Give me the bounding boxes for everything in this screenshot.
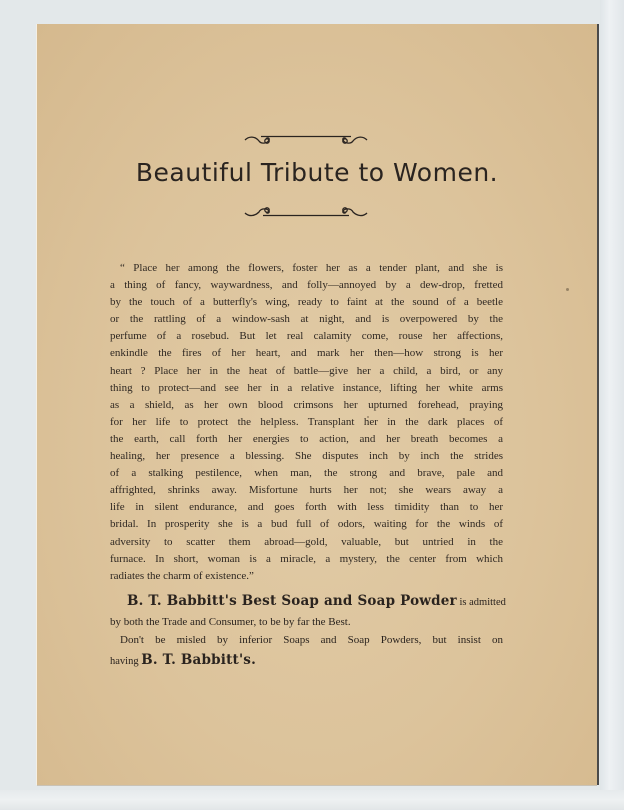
- quote-line: perfume of a rosebud. But let real calam…: [110, 328, 503, 345]
- ad-closing-prefix: having: [110, 656, 141, 667]
- title-text: Beautiful Tribute to Women.: [136, 158, 498, 187]
- plastic-sleeve-edge-bottom: [0, 790, 624, 810]
- flourish-ornament-bottom-icon: [241, 204, 371, 218]
- quote-line: “ Place her among the flowers, foster he…: [110, 260, 503, 277]
- quote-line: of a stalking pestilence, when man, the …: [110, 465, 503, 482]
- trade-card: Beautiful Tribute to Women. “ Place her …: [37, 24, 597, 785]
- ad-headline: B. T. Babbitt's Best Soap and Soap Powde…: [110, 590, 503, 614]
- flourish-ornament-top-icon: [241, 134, 371, 148]
- quote-line: for her life to protect the helpless. Tr…: [110, 414, 503, 431]
- quote-line: bridal. In prosperity she is a bud full …: [110, 516, 503, 533]
- plastic-sleeve-edge-right: [600, 0, 624, 810]
- quote-line: by the touch of a butterfly's wing, read…: [110, 294, 503, 311]
- quote-line: heart ? Place her in the heat of battle—…: [110, 363, 503, 380]
- ad-line: Don't be misled by inferior Soaps and So…: [110, 631, 503, 650]
- quote-line: as a shield, as her own blood crimsons h…: [110, 397, 503, 414]
- brand-name: B. T. Babbitt's.: [141, 652, 256, 668]
- quote-line: thing to protect—and see her in a relati…: [110, 380, 503, 397]
- quote-line: furnace. In short, woman is a miracle, a…: [110, 551, 503, 568]
- ad-line: by both the Trade and Consumer, to be by…: [110, 614, 503, 631]
- paper-speck: [566, 288, 569, 291]
- quote-line: adversity to scatter them abroad—gold, v…: [110, 534, 503, 551]
- brand-product-name: B. T. Babbitt's Best Soap and Soap Powde…: [127, 593, 457, 609]
- quote-line: healing, her presence a blessing. She di…: [110, 448, 503, 465]
- quote-line: affrighted, shrinks away. Misfortune hur…: [110, 482, 503, 499]
- page-title: Beautiful Tribute to Women.: [37, 158, 597, 187]
- quote-line: enkindle the fires of her heart, and mar…: [110, 345, 503, 362]
- quote-line: life in silent endurance, and goes forth…: [110, 499, 503, 516]
- quote-line: radiates the charm of existence.”: [110, 568, 503, 585]
- quote-line: a thing of fancy, waywardness, and folly…: [110, 277, 503, 294]
- quote-line: or the rattling of a window-sash at nigh…: [110, 311, 503, 328]
- quote-line: the earth, call forth her energies to ac…: [110, 431, 503, 448]
- babbitt-advertisement: B. T. Babbitt's Best Soap and Soap Powde…: [110, 590, 503, 672]
- ad-closing: having B. T. Babbitt's.: [110, 650, 503, 672]
- tribute-quote: “ Place her among the flowers, foster he…: [110, 260, 503, 585]
- ad-headline-tail: is admitted: [457, 597, 506, 608]
- paper-speck: [367, 416, 369, 418]
